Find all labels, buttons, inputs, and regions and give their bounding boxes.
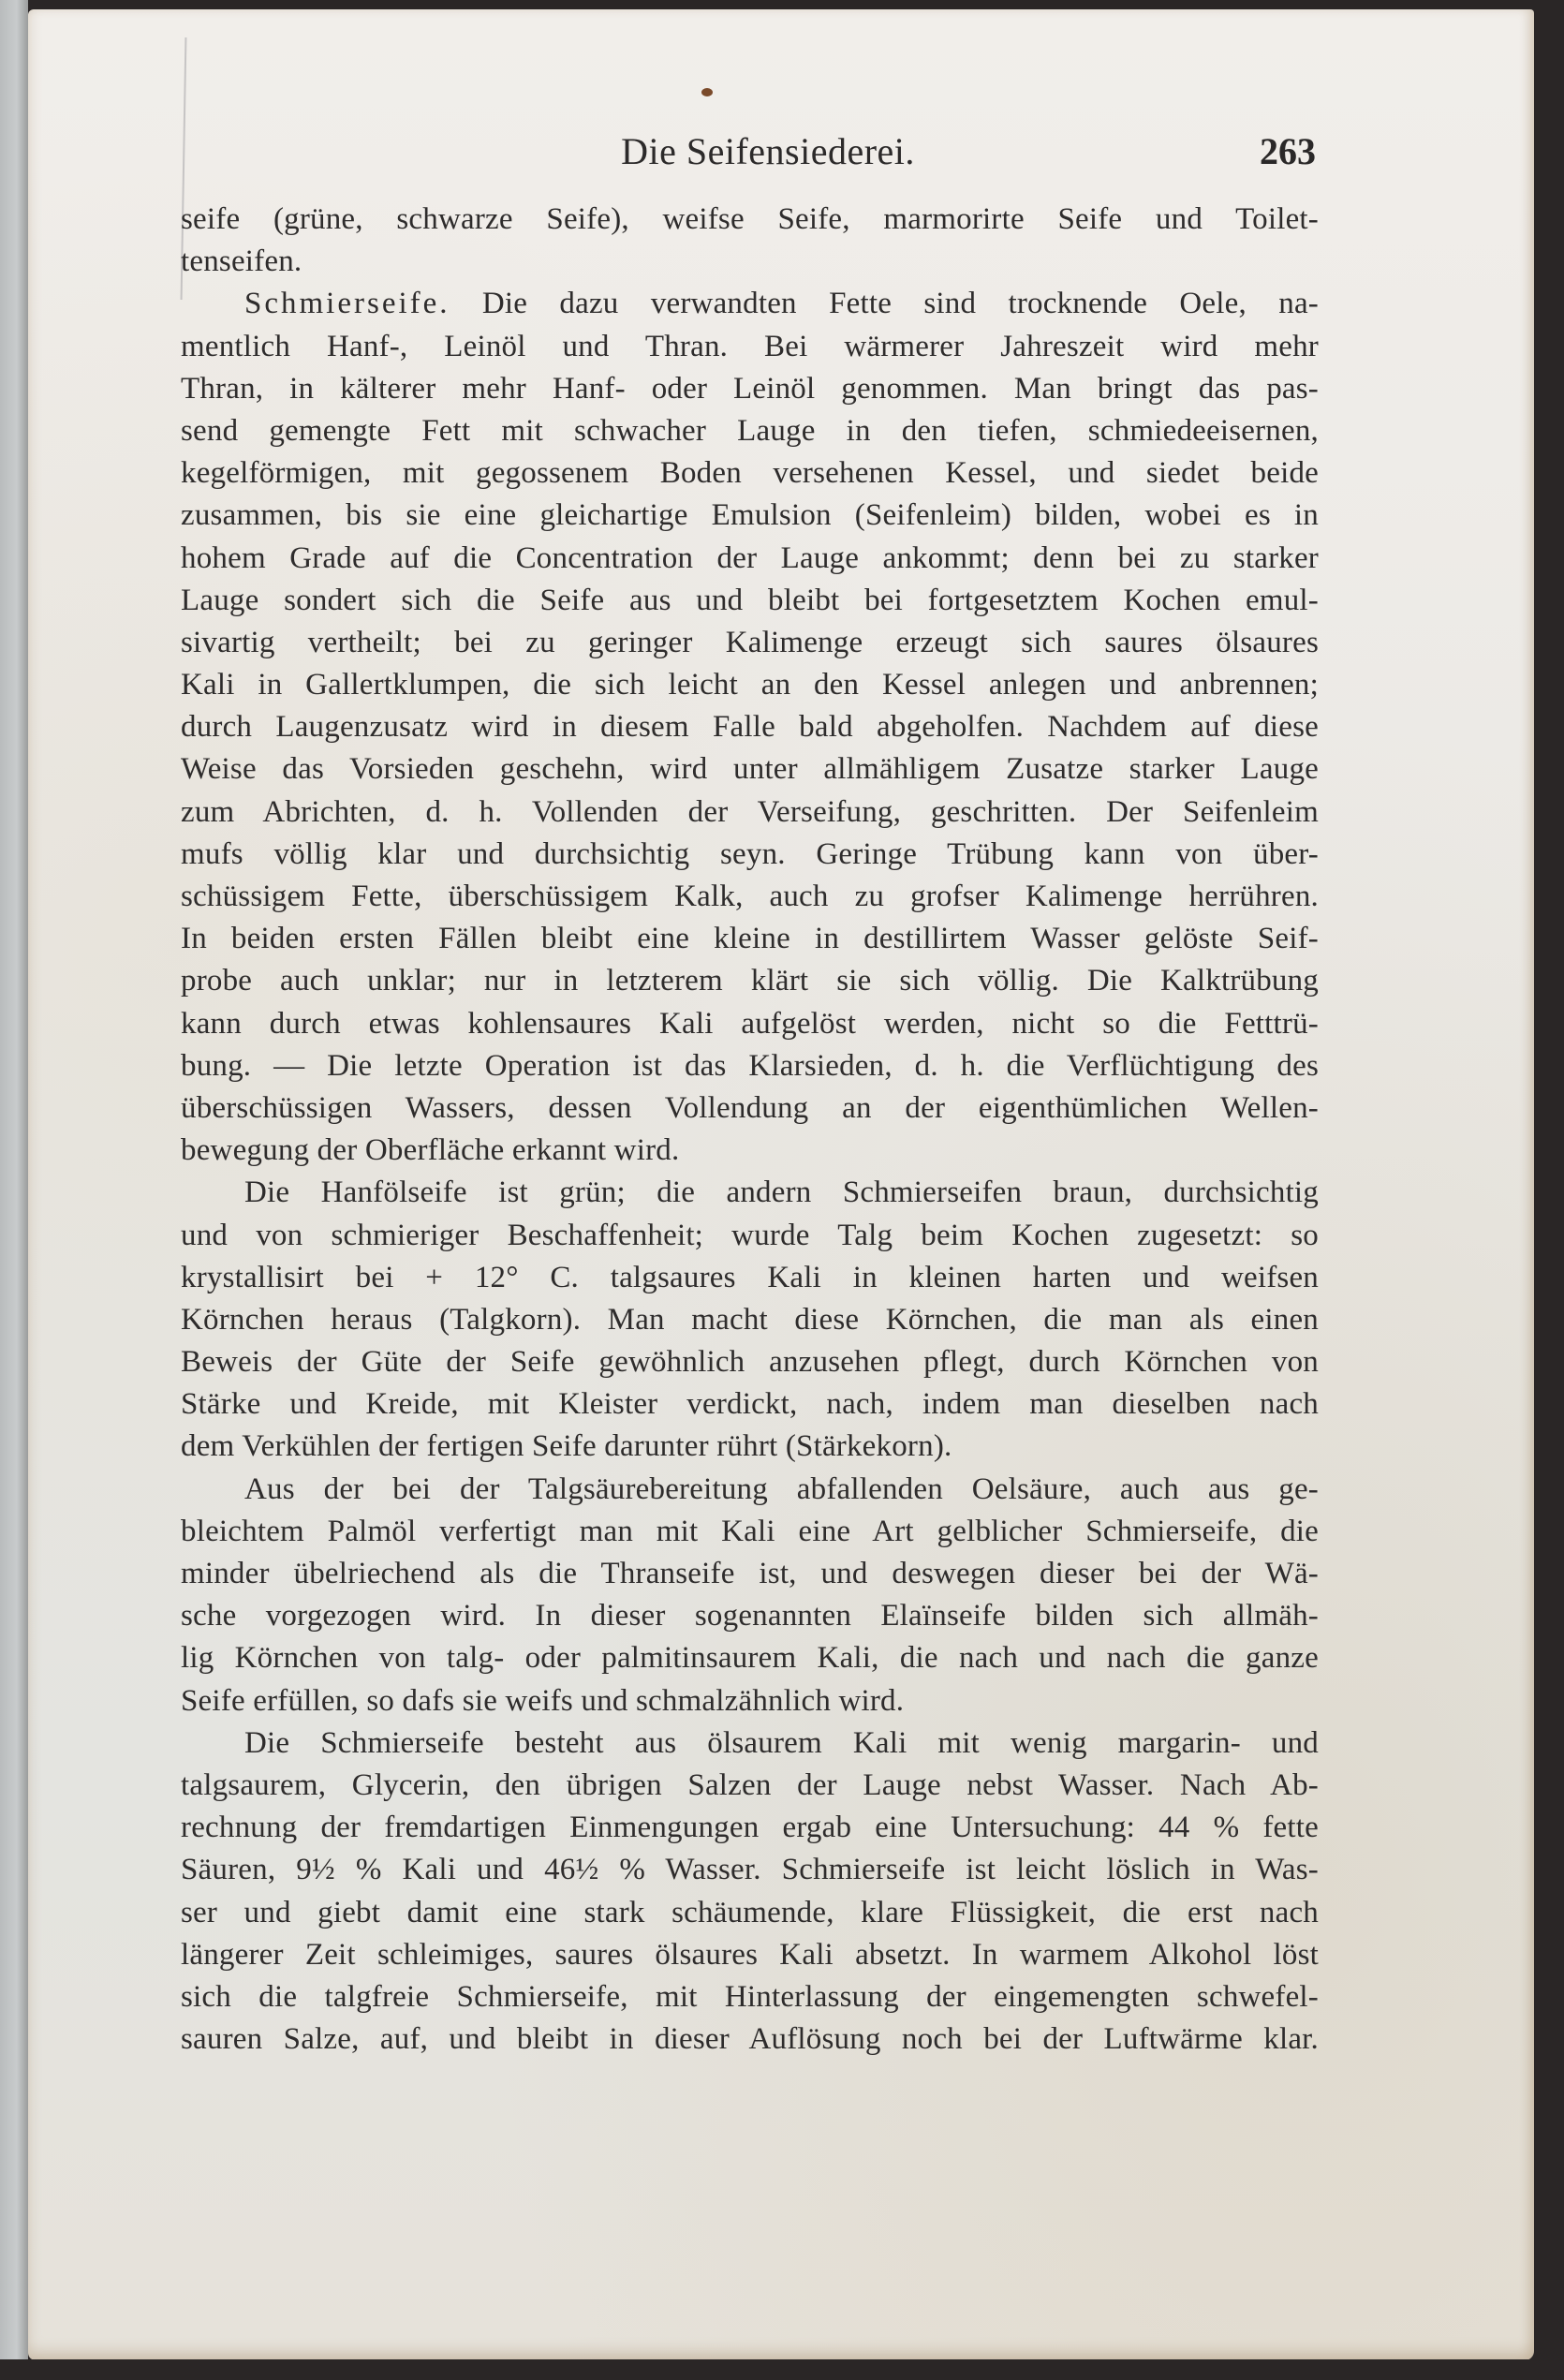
line-text: Kali in Gallertklumpen, die sich leicht … [181,668,1319,702]
text-line: ser und giebt damit eine stark schäumend… [181,1892,1319,1934]
text-line: bewegung der Oberfläche erkannt wird. [181,1130,1319,1172]
line-text: Die Schmierseife besteht aus ölsaurem Ka… [244,1726,1319,1760]
line-text: ser und giebt damit eine stark schäumend… [181,1896,1319,1929]
line-text: schüssigem Fette, überschüssigem Kalk, a… [181,880,1319,913]
line-text: bleichtem Palmöl verfertigt man mit Kali… [181,1515,1319,1548]
text-line: zum Abrichten, d. h. Vollenden der Verse… [181,791,1319,834]
text-line: Weise das Vorsieden geschehn, wird unter… [181,748,1319,791]
text-line: hohem Grade auf die Concentration der La… [181,538,1319,580]
line-text: sivartig vertheilt; bei zu geringer Kali… [181,626,1319,659]
line-text: Stärke und Kreide, mit Kleister verdickt… [181,1387,1319,1421]
line-text: sich die talgfreie Schmierseife, mit Hin… [181,1980,1319,2014]
text-line: Thran, in kälterer mehr Hanf- oder Leinö… [181,368,1319,410]
text-line: krystallisirt bei + 12° C. talgsaures Ka… [181,1257,1319,1299]
book-binding-edge [0,0,28,2380]
text-line: seife (grüne, schwarze Seife), weifse Se… [181,199,1319,241]
text-line: Aus der bei der Talgsäurebereitung abfal… [181,1469,1319,1511]
line-text: überschüssigen Wassers, dessen Vollendun… [181,1091,1319,1125]
line-text: In beiden ersten Fällen bleibt eine klei… [181,922,1319,955]
line-text: hohem Grade auf die Concentration der La… [181,541,1319,575]
scan-bottom-edge [0,2359,1564,2380]
line-text: mufs völlig klar und durchsichtig seyn. … [181,837,1319,871]
line-text: längerer Zeit schleimiges, saures ölsaur… [181,1938,1319,1972]
text-line: sich die talgfreie Schmierseife, mit Hin… [181,1976,1319,2018]
line-text: Lauge sondert sich die Seife aus und ble… [181,584,1319,617]
line-text: durch Laugenzusatz wird in diesem Falle … [181,710,1319,744]
text-line: rechnung der fremdartigen Einmengungen e… [181,1807,1319,1849]
line-text: Die Hanfölseife ist grün; die andern Sch… [244,1175,1319,1209]
line-text: Aus der bei der Talgsäurebereitung abfal… [244,1472,1319,1506]
text-line: kegelförmigen, mit gegossenem Boden vers… [181,452,1319,495]
line-text: sche vorgezogen wird. In dieser sogenann… [181,1599,1319,1633]
line-text: Beweis der Güte der Seife gewöhnlich anz… [181,1345,1319,1379]
text-line: und von schmieriger Beschaffenheit; wurd… [181,1215,1319,1257]
line-text: zum Abrichten, d. h. Vollenden der Verse… [181,795,1319,829]
text-line: bung. — Die letzte Operation ist das Kla… [181,1045,1319,1087]
text-line: überschüssigen Wassers, dessen Vollendun… [181,1087,1319,1130]
ink-spot [701,88,713,96]
page-number: 263 [1260,129,1316,173]
line-text: rechnung der fremdartigen Einmengungen e… [181,1811,1319,1844]
text-line: bleichtem Palmöl verfertigt man mit Kali… [181,1511,1319,1553]
body-text: seife (grüne, schwarze Seife), weifse Se… [181,199,1319,2061]
text-line: zusammen, bis sie eine gleichartige Emul… [181,495,1319,537]
text-line: längerer Zeit schleimiges, saures ölsaur… [181,1934,1319,1976]
text-line: Seife erfüllen, so dafs sie weifs und sc… [181,1680,1319,1722]
line-text: minder übelriechend als die Thranseife i… [181,1557,1319,1590]
text-line: talgsaurem, Glycerin, den übrigen Salzen… [181,1765,1319,1807]
page-header: Die Seifensiederei. 263 [183,129,1316,176]
text-line: tenseifen. [181,241,1319,283]
text-line: lig Körnchen von talg- oder palmitinsaur… [181,1637,1319,1679]
line-text: lig Körnchen von talg- oder palmitinsaur… [181,1641,1319,1675]
text-line: Die Schmierseife besteht aus ölsaurem Ka… [181,1722,1319,1765]
line-text: dem Verkühlen der fertigen Seife darunte… [181,1429,952,1463]
line-text: bewegung der Oberfläche erkannt wird. [181,1133,679,1167]
text-line: send gemengte Fett mit schwacher Lauge i… [181,410,1319,452]
text-line: Die Hanfölseife ist grün; die andern Sch… [181,1172,1319,1214]
line-text: Die dazu verwandten Fette sind trocknend… [450,287,1319,320]
line-text: Säuren, 9½ % Kali und 46½ % Wasser. Schm… [181,1853,1319,1886]
text-line: mufs völlig klar und durchsichtig seyn. … [181,834,1319,876]
line-text: kegelförmigen, mit gegossenem Boden vers… [181,456,1319,490]
text-line: schüssigem Fette, überschüssigem Kalk, a… [181,876,1319,918]
text-line: sche vorgezogen wird. In dieser sogenann… [181,1595,1319,1637]
line-text: seife (grüne, schwarze Seife), weifse Se… [181,202,1319,236]
line-text: bung. — Die letzte Operation ist das Kla… [181,1049,1319,1083]
line-text: Thran, in kälterer mehr Hanf- oder Leinö… [181,372,1319,406]
text-line: Körnchen heraus (Talgkorn). Man macht di… [181,1299,1319,1341]
text-line: sivartig vertheilt; bei zu geringer Kali… [181,622,1319,664]
text-line: In beiden ersten Fällen bleibt eine klei… [181,918,1319,960]
text-line: minder übelriechend als die Thranseife i… [181,1553,1319,1595]
line-text: Seife erfüllen, so dafs sie weifs und sc… [181,1684,904,1718]
text-line: mentlich Hanf-, Leinöl und Thran. Bei wä… [181,326,1319,368]
text-line: Säuren, 9½ % Kali und 46½ % Wasser. Schm… [181,1849,1319,1891]
text-line: Kali in Gallertklumpen, die sich leicht … [181,664,1319,706]
text-line: kann durch etwas kohlensaures Kali aufge… [181,1003,1319,1045]
text-line: Beweis der Güte der Seife gewöhnlich anz… [181,1341,1319,1383]
text-line: Lauge sondert sich die Seife aus und ble… [181,580,1319,622]
line-text: und von schmieriger Beschaffenheit; wurd… [181,1219,1319,1252]
line-text: send gemengte Fett mit schwacher Lauge i… [181,414,1319,448]
running-title: Die Seifensiederei. [183,129,1316,173]
line-text: tenseifen. [181,244,302,278]
text-line: probe auch unklar; nur in letzterem klär… [181,960,1319,1002]
text-line: Schmierseife. Die dazu verwandten Fette … [181,283,1319,325]
line-text: talgsaurem, Glycerin, den übrigen Salzen… [181,1768,1319,1802]
text-line: durch Laugenzusatz wird in diesem Falle … [181,706,1319,748]
text-line: Stärke und Kreide, mit Kleister verdickt… [181,1383,1319,1426]
line-text: mentlich Hanf-, Leinöl und Thran. Bei wä… [181,330,1319,363]
line-text: Körnchen heraus (Talgkorn). Man macht di… [181,1303,1319,1337]
line-text: probe auch unklar; nur in letzterem klär… [181,964,1319,998]
text-line: sauren Salze, auf, und bleibt in dieser … [181,2018,1319,2061]
line-text: sauren Salze, auf, und bleibt in dieser … [181,2022,1319,2056]
line-text: krystallisirt bei + 12° C. talgsaures Ka… [181,1261,1319,1294]
spaced-heading-word: Schmierseife. [244,287,450,320]
line-text: kann durch etwas kohlensaures Kali aufge… [181,1007,1319,1041]
line-text: zusammen, bis sie eine gleichartige Emul… [181,498,1319,532]
line-text: Weise das Vorsieden geschehn, wird unter… [181,752,1319,786]
text-line: dem Verkühlen der fertigen Seife darunte… [181,1426,1319,1468]
